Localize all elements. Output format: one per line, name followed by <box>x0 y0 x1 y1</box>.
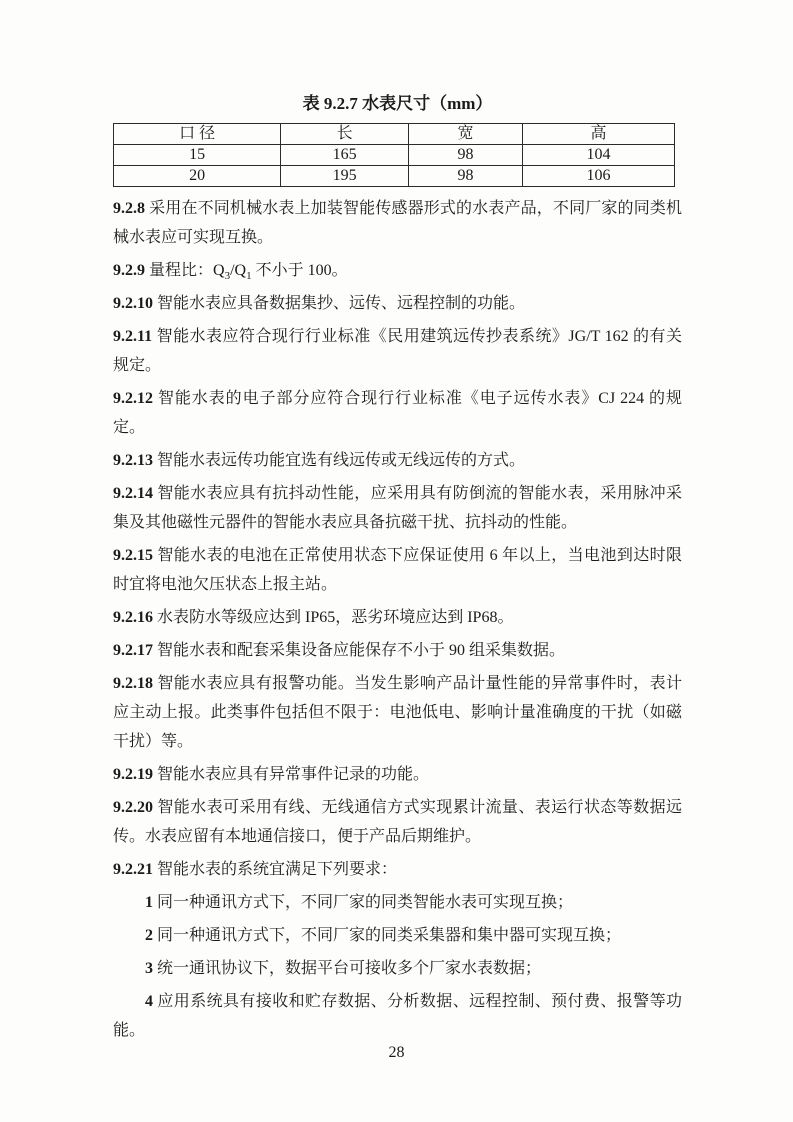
clause-number: 9.2.11 <box>113 328 152 345</box>
clause-text: 同一种通讯方式下，不同厂家的同类智能水表可实现互换； <box>157 894 573 911</box>
clause-9.2.11: 9.2.11 智能水表应符合现行行业标准《民用建筑远传抄表系统》JG/T 162… <box>113 322 682 380</box>
clause-list: 9.2.8 采用在不同机械水表上加装智能传感器形式的水表产品，不同厂家的同类机械… <box>113 194 682 1045</box>
clause-text: 智能水表应符合现行行业标准《民用建筑远传抄表系统》JG/T 162 的有关规定。 <box>113 328 682 374</box>
table-cell: 195 <box>281 166 409 187</box>
table-header-cell: 口 径 <box>114 124 281 145</box>
clause-number: 4 <box>145 993 153 1010</box>
clause-9.2.15: 9.2.15 智能水表的电池在正常使用状态下应保证使用 6 年以上，当电池到达时… <box>113 541 682 599</box>
clause-text: 智能水表可采用有线、无线通信方式实现累计流量、表运行状态等数据远传。水表应留有本… <box>113 799 682 845</box>
clause-9.2.19: 9.2.19 智能水表应具有异常事件记录的功能。 <box>113 760 682 789</box>
clause-9.2.18: 9.2.18 智能水表应具有报警功能。当发生影响产品计量性能的异常事件时，表计应… <box>113 669 682 756</box>
clause-9.2.13: 9.2.13 智能水表远传功能宜选有线远传或无线远传的方式。 <box>113 446 682 475</box>
table-row: 1516598104 <box>114 145 675 166</box>
document-page: 表 9.2.7 水表尺寸（mm） 口 径长宽高 1516598104201959… <box>0 0 793 1122</box>
clause-text: 量程比：Q <box>149 262 225 279</box>
clause-9.2.9: 9.2.9 量程比：Q3/Q1 不小于 100。 <box>113 256 682 285</box>
clause-number: 9.2.10 <box>113 295 153 312</box>
clause-number: 9.2.14 <box>113 485 153 502</box>
table-cell: 165 <box>281 145 409 166</box>
list-item-3: 3 统一通讯协议下，数据平台可接收多个厂家水表数据； <box>113 954 682 983</box>
clause-9.2.21: 9.2.21 智能水表的系统宜满足下列要求： <box>113 855 682 884</box>
clause-9.2.10: 9.2.10 智能水表应具备数据集抄、远传、远程控制的功能。 <box>113 289 682 318</box>
clause-number: 3 <box>145 960 153 977</box>
clause-number: 9.2.17 <box>113 642 153 659</box>
table-cell: 15 <box>114 145 281 166</box>
table-cell: 104 <box>522 145 674 166</box>
clause-text: 统一通讯协议下，数据平台可接收多个厂家水表数据； <box>157 960 541 977</box>
list-item-1: 1 同一种通讯方式下，不同厂家的同类智能水表可实现互换； <box>113 888 682 917</box>
clause-text: 水表防水等级应达到 IP65，恶劣环境应达到 IP68。 <box>157 609 513 626</box>
table-header-cell: 宽 <box>409 124 523 145</box>
clause-text: 同一种通讯方式下，不同厂家的同类采集器和集中器可实现互换； <box>157 927 621 944</box>
clause-number: 9.2.8 <box>113 200 145 217</box>
clause-number: 9.2.12 <box>113 390 153 407</box>
clause-number: 9.2.13 <box>113 452 153 469</box>
clause-9.2.16: 9.2.16 水表防水等级应达到 IP65，恶劣环境应达到 IP68。 <box>113 603 682 632</box>
table-row: 2019598106 <box>114 166 675 187</box>
clause-9.2.14: 9.2.14 智能水表应具有抗抖动性能，应采用具有防倒流的智能水表，采用脉冲采集… <box>113 479 682 537</box>
clause-number: 9.2.19 <box>113 766 153 783</box>
clause-text: 智能水表和配套采集设备应能保存不小于 90 组采集数据。 <box>157 642 565 659</box>
clause-text: 采用在不同机械水表上加装智能传感器形式的水表产品，不同厂家的同类机械水表应可实现… <box>113 200 682 246</box>
clause-text: 智能水表应具备数据集抄、远传、远程控制的功能。 <box>157 295 525 312</box>
table-header-cell: 长 <box>281 124 409 145</box>
clause-text: 智能水表的电池在正常使用状态下应保证使用 6 年以上，当电池到达时限时宜将电池欠… <box>113 547 682 593</box>
page-number: 28 <box>0 1044 793 1062</box>
clause-text: 智能水表的电子部分应符合现行行业标准《电子远传水表》CJ 224 的规定。 <box>113 390 682 436</box>
table-body: 15165981042019598106 <box>114 145 675 187</box>
clause-9.2.12: 9.2.12 智能水表的电子部分应符合现行行业标准《电子远传水表》CJ 224 … <box>113 384 682 442</box>
clause-number: 9.2.15 <box>113 547 153 564</box>
table-cell: 106 <box>522 166 674 187</box>
clause-text: /Q <box>230 262 246 279</box>
clause-text: 智能水表应具有抗抖动性能，应采用具有防倒流的智能水表，采用脉冲采集及其他磁性元器… <box>113 485 682 531</box>
clause-9.2.20: 9.2.20 智能水表可采用有线、无线通信方式实现累计流量、表运行状态等数据远传… <box>113 793 682 851</box>
water-meter-dimensions-table: 口 径长宽高 15165981042019598106 <box>113 123 675 187</box>
clause-number: 9.2.18 <box>113 675 153 692</box>
clause-number: 9.2.21 <box>113 861 153 878</box>
table-header-cell: 高 <box>522 124 674 145</box>
clause-text: 不小于 100。 <box>252 262 348 279</box>
table-cell: 20 <box>114 166 281 187</box>
clause-9.2.8: 9.2.8 采用在不同机械水表上加装智能传感器形式的水表产品，不同厂家的同类机械… <box>113 194 682 252</box>
clause-text: 应用系统具有接收和贮存数据、分析数据、远程控制、预付费、报警等功能。 <box>113 993 682 1039</box>
table-cell: 98 <box>409 145 523 166</box>
table-header-row: 口 径长宽高 <box>114 124 675 145</box>
clause-number: 9.2.16 <box>113 609 153 626</box>
list-item-2: 2 同一种通讯方式下，不同厂家的同类采集器和集中器可实现互换； <box>113 921 682 950</box>
list-item-4: 4 应用系统具有接收和贮存数据、分析数据、远程控制、预付费、报警等功能。 <box>113 987 682 1045</box>
clause-number: 9.2.9 <box>113 262 145 279</box>
table-title: 表 9.2.7 水表尺寸（mm） <box>113 94 682 114</box>
clause-text: 智能水表应具有报警功能。当发生影响产品计量性能的异常事件时，表计应主动上报。此类… <box>113 675 682 750</box>
clause-number: 9.2.20 <box>113 799 153 816</box>
clause-text: 智能水表的系统宜满足下列要求： <box>157 861 397 878</box>
clause-text: 智能水表应具有异常事件记录的功能。 <box>157 766 429 783</box>
clause-9.2.17: 9.2.17 智能水表和配套采集设备应能保存不小于 90 组采集数据。 <box>113 636 682 665</box>
table-cell: 98 <box>409 166 523 187</box>
clause-text: 智能水表远传功能宜选有线远传或无线远传的方式。 <box>157 452 525 469</box>
clause-number: 2 <box>145 927 153 944</box>
clause-number: 1 <box>145 894 153 911</box>
